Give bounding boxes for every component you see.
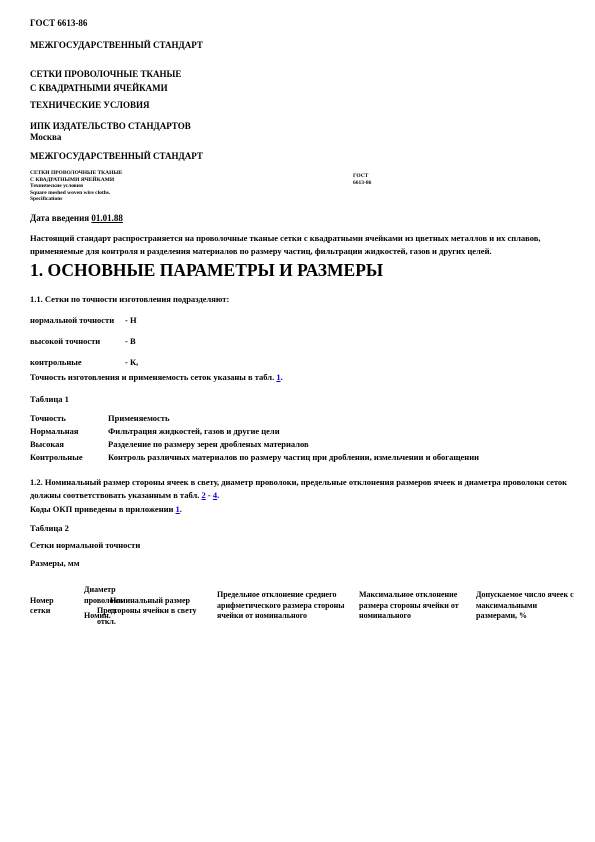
paragraph-1-2-dash: - bbox=[206, 490, 213, 500]
effective-date-value: 01.01.88 bbox=[91, 213, 123, 223]
table2-col-cell-size: Номинальный размер стороны ячейки в свет… bbox=[110, 585, 217, 627]
publisher-city: Москва bbox=[30, 132, 575, 143]
table2-col-max-deviation: Максимальное отклонение размера стороны … bbox=[359, 585, 476, 627]
effective-date-line: Дата введения 01.01.88 bbox=[30, 213, 575, 224]
accuracy-class-code: - К, bbox=[125, 357, 138, 368]
table2-units: Размеры, мм bbox=[30, 558, 575, 569]
applicability-text: Точность изготовления и применяемость се… bbox=[30, 372, 276, 382]
title-block: СЕТКИ ПРОВОЛОЧНЫЕ ТКАНЫЕ С КВАДРАТНЫМИ Я… bbox=[30, 170, 575, 203]
scope-paragraph: Настоящий стандарт распространяется на п… bbox=[30, 232, 575, 257]
table1-cell-accuracy: Нормальная bbox=[30, 425, 108, 438]
standard-type-label: МЕЖГОСУДАРСТВЕННЫЙ СТАНДАРТ bbox=[30, 40, 575, 51]
table1-accuracy-applicability: Точность Применяемость Нормальная Фильтр… bbox=[30, 412, 479, 464]
table2-header-row-1: Номер сетки Диаметр проволоки Номинальны… bbox=[30, 585, 575, 606]
paragraph-1-2-period: . bbox=[217, 490, 219, 500]
accuracy-class-label: высокой точности bbox=[30, 336, 125, 347]
table2-col-mesh-number: Номер сетки bbox=[30, 585, 84, 627]
table1-header-applicability: Применяемость bbox=[108, 412, 479, 425]
table2-subcaption: Сетки нормальной точности bbox=[30, 540, 575, 551]
standard-type-label-2: МЕЖГОСУДАРСТВЕННЫЙ СТАНДАРТ bbox=[30, 151, 575, 162]
accuracy-class-row: нормальной точности - Н bbox=[30, 315, 575, 326]
okp-period: . bbox=[180, 504, 182, 514]
table2-col-allowed-count: Допускаемое число ячеек с максимальными … bbox=[476, 585, 575, 627]
table-row: Нормальная Фильтрация жидкостей, газов и… bbox=[30, 425, 479, 438]
okp-text: Коды ОКП приведены в приложении bbox=[30, 504, 176, 514]
accuracy-class-label: нормальной точности bbox=[30, 315, 125, 326]
title-block-line5: Specifications bbox=[30, 196, 575, 203]
document-title: СЕТКИ ПРОВОЛОЧНЫЕ ТКАНЫЕ С КВАДРАТНЫМИ Я… bbox=[30, 68, 575, 95]
title-block-small-text: СЕТКИ ПРОВОЛОЧНЫЕ ТКАНЫЕ С КВАДРАТНЫМИ Я… bbox=[30, 170, 575, 203]
table2-col-wire-diameter: Диаметр проволоки bbox=[84, 585, 110, 606]
document-page: ГОСТ 6613-86 МЕЖГОСУДАРСТВЕННЫЙ СТАНДАРТ… bbox=[0, 0, 595, 842]
paragraph-1-2-text: 1.2. Номинальный размер стороны ячеек в … bbox=[30, 477, 567, 500]
paragraph-1-2: 1.2. Номинальный размер стороны ячеек в … bbox=[30, 476, 575, 501]
table1-cell-applicability: Контроль различных материалов по размеру… bbox=[108, 451, 479, 464]
table2-col-wire-nominal: Номин. bbox=[84, 606, 97, 627]
gost-reference: ГОСТ 6613-86 bbox=[353, 173, 371, 186]
table1-cell-accuracy: Контрольные bbox=[30, 451, 108, 464]
accuracy-class-label: контрольные bbox=[30, 357, 125, 368]
applicability-note: Точность изготовления и применяемость се… bbox=[30, 372, 575, 383]
table1-cell-accuracy: Высокая bbox=[30, 438, 108, 451]
effective-date-label: Дата введения bbox=[30, 213, 91, 223]
document-title-line1: СЕТКИ ПРОВОЛОЧНЫЕ ТКАНЫЕ bbox=[30, 68, 575, 82]
table2-col-wire-deviation: Пред. откл. bbox=[97, 606, 110, 627]
applicability-period: . bbox=[281, 372, 283, 382]
table2-col-avg-deviation: Предельное отклонение среднего арифметич… bbox=[217, 585, 359, 627]
paragraph-1-1: 1.1. Сетки по точности изготовления подр… bbox=[30, 294, 575, 305]
accuracy-class-code: - Н bbox=[125, 315, 137, 326]
publisher-name: ИПК ИЗДАТЕЛЬСТВО СТАНДАРТОВ bbox=[30, 121, 575, 132]
table1-cell-applicability: Разделение по размеру зерен дробленых ма… bbox=[108, 438, 479, 451]
accuracy-class-row: контрольные - К, bbox=[30, 357, 575, 368]
table1-header-accuracy: Точность bbox=[30, 412, 108, 425]
section-1-heading: 1. ОСНОВНЫЕ ПАРАМЕТРЫ И РАЗМЕРЫ bbox=[30, 261, 575, 279]
document-subtitle: ТЕХНИЧЕСКИЕ УСЛОВИЯ bbox=[30, 100, 575, 111]
gost-reference-line2: 6613-86 bbox=[353, 180, 371, 187]
okp-note: Коды ОКП приведены в приложении 1. bbox=[30, 504, 575, 515]
document-title-line2: С КВАДРАТНЫМИ ЯЧЕЙКАМИ bbox=[30, 82, 575, 96]
table2-caption: Таблица 2 bbox=[30, 523, 575, 534]
table-row: Высокая Разделение по размеру зерен дроб… bbox=[30, 438, 479, 451]
accuracy-class-code: - В bbox=[125, 336, 136, 347]
table1-caption: Таблица 1 bbox=[30, 394, 575, 405]
table1-cell-applicability: Фильтрация жидкостей, газов и другие цел… bbox=[108, 425, 479, 438]
accuracy-class-row: высокой точности - В bbox=[30, 336, 575, 347]
gost-number: ГОСТ 6613-86 bbox=[30, 18, 575, 29]
table1-header-row: Точность Применяемость bbox=[30, 412, 479, 425]
table-row: Контрольные Контроль различных материало… bbox=[30, 451, 479, 464]
table2-normal-accuracy-header: Номер сетки Диаметр проволоки Номинальны… bbox=[30, 585, 575, 627]
publisher-block: ИПК ИЗДАТЕЛЬСТВО СТАНДАРТОВ Москва bbox=[30, 121, 575, 143]
